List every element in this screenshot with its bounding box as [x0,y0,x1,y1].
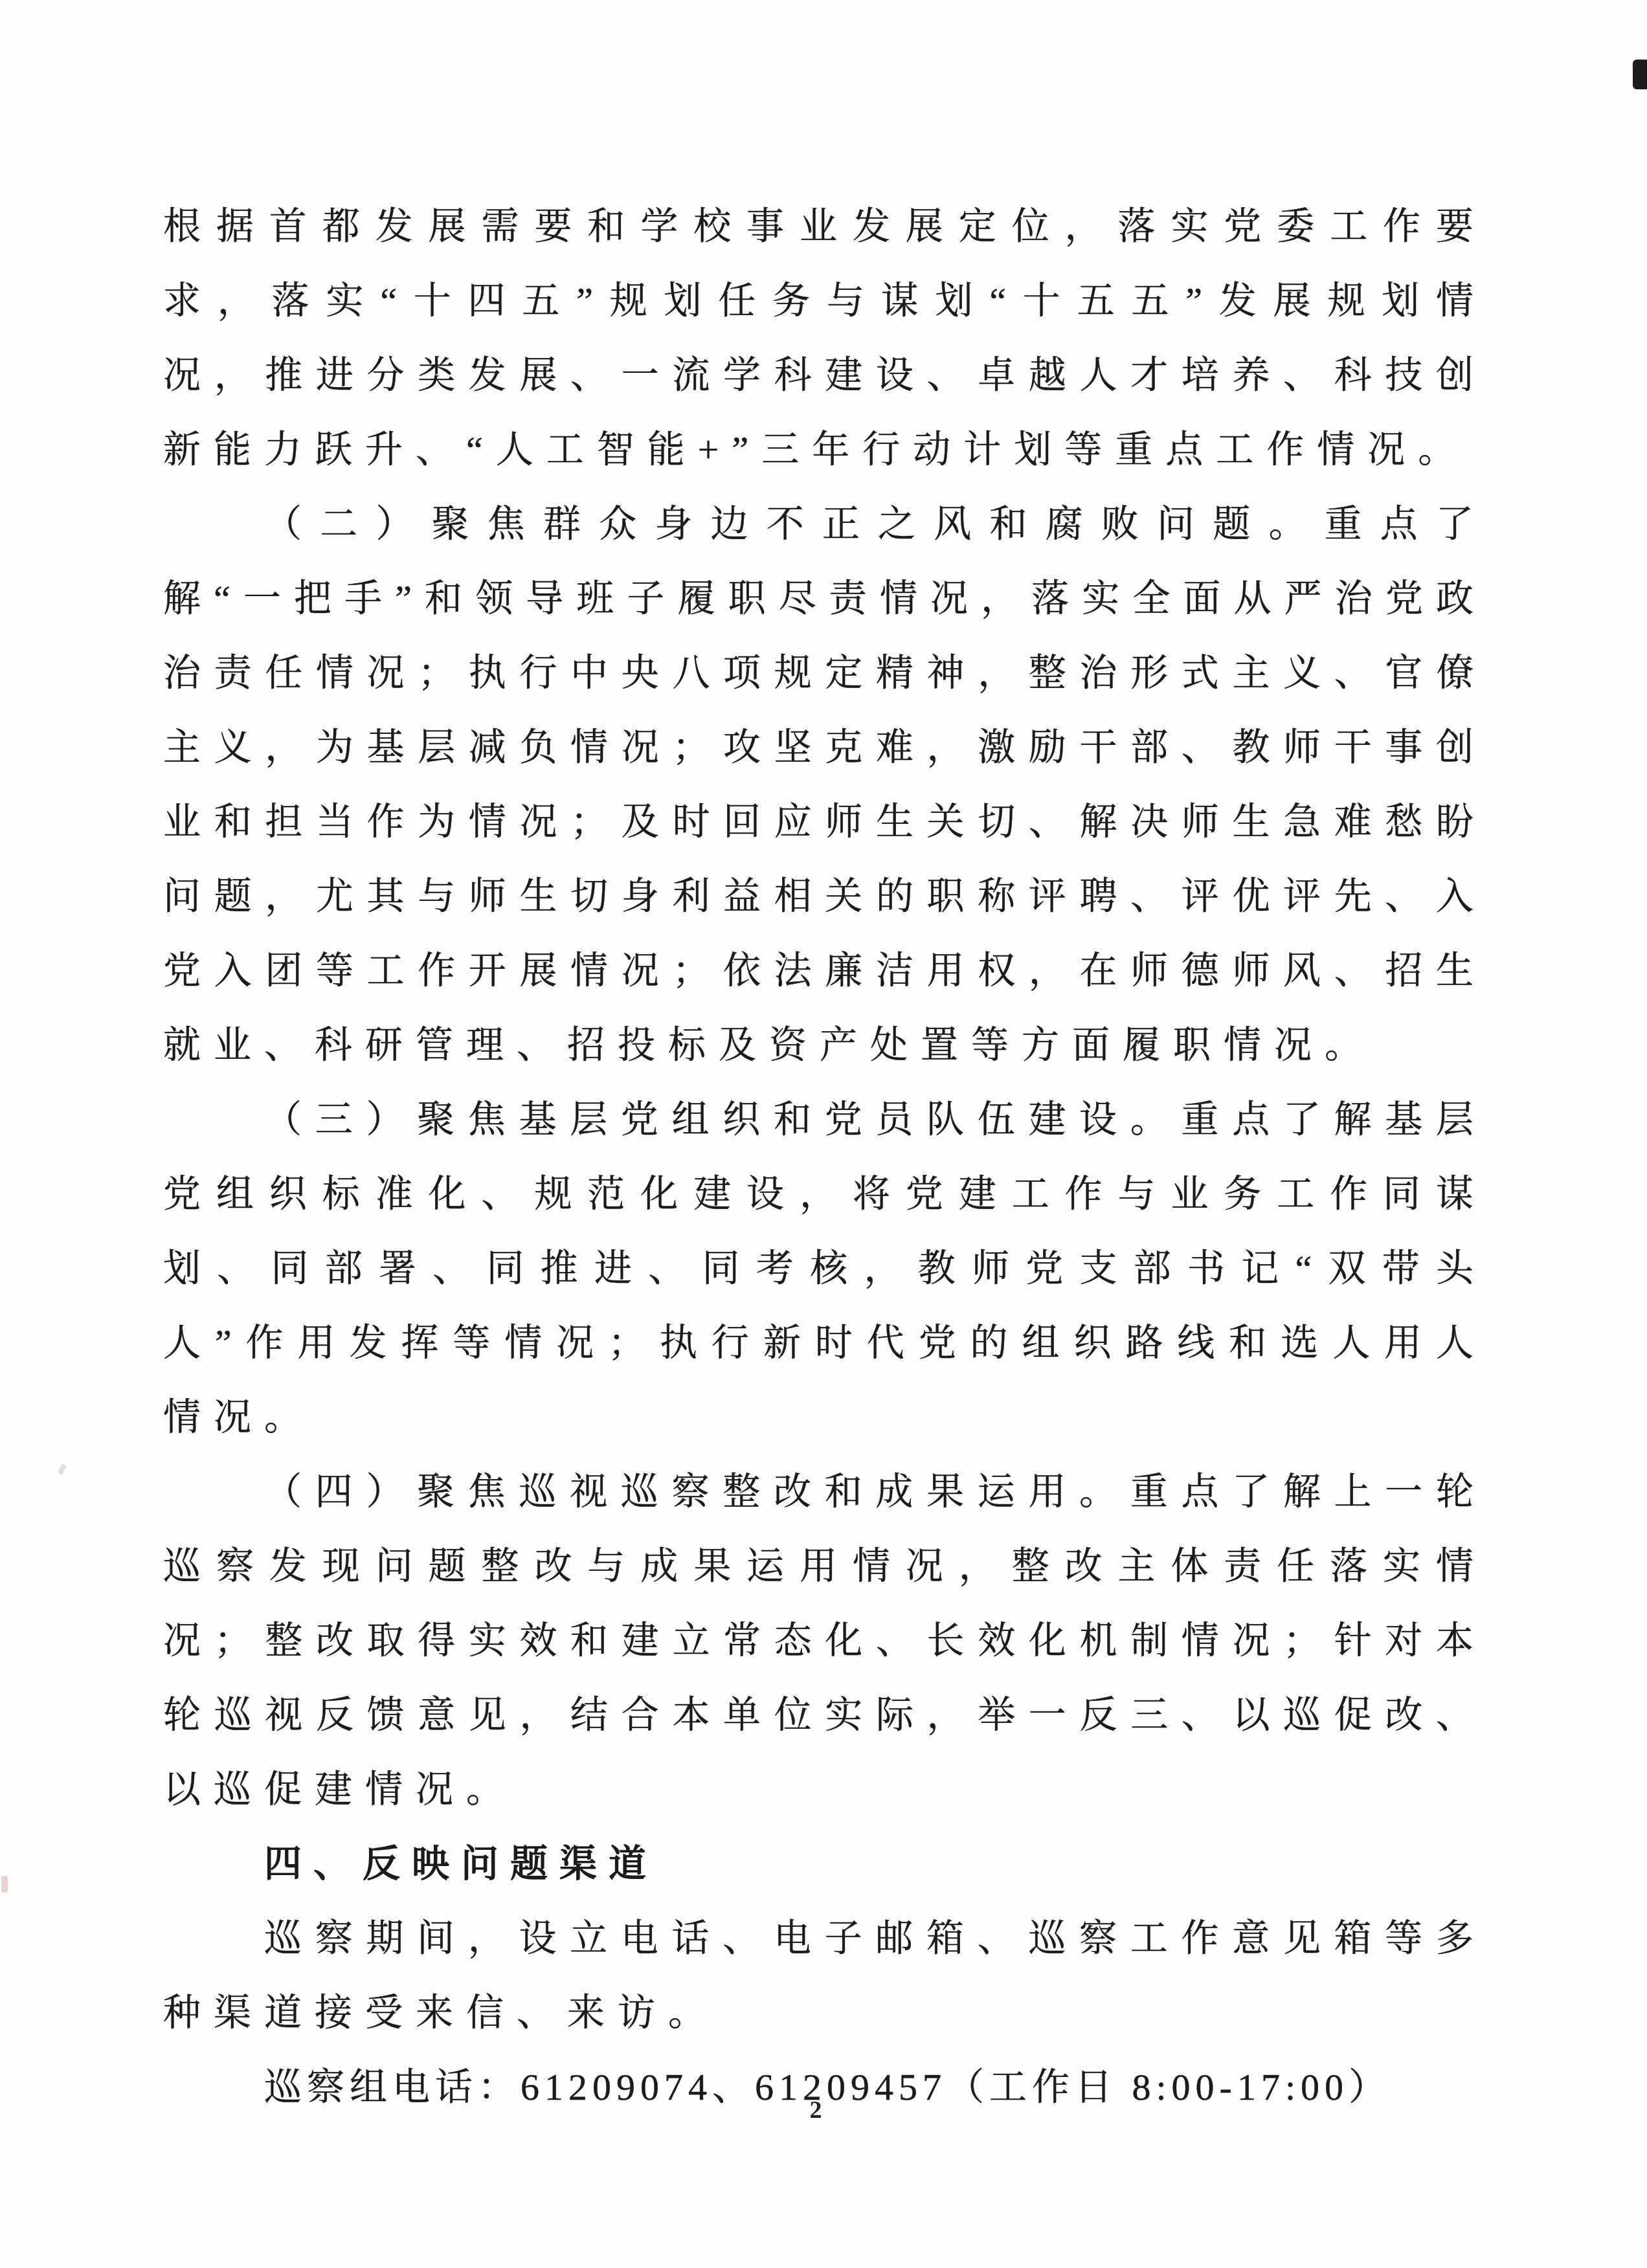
paragraph: （三）聚焦基层党组织和党员队伍建设。重点了解基层党组织标准化、规范化建设，将党建… [163,1082,1486,1454]
section-heading: 四、反映问题渠道 [163,1827,1486,1901]
scan-artifact-icon [1633,60,1647,89]
document-page: 根据首都发展需要和学校事业发展定位，落实党委工作要求，落实“十四五”规划任务与谋… [0,0,1647,2268]
paragraph: （四）聚焦巡视巡察整改和成果运用。重点了解上一轮巡察发现问题整改与成果运用情况，… [163,1454,1486,1827]
scan-smudge-icon [1,1876,8,1893]
paragraph: 巡察期间，设立电话、电子邮箱、巡察工作意见箱等多种渠道接受来信、来访。 [163,1901,1486,2050]
paragraph: 根据首都发展需要和学校事业发展定位，落实党委工作要求，落实“十四五”规划任务与谋… [163,189,1486,487]
page-number: 2 [0,2096,1631,2124]
paragraph: （二）聚焦群众身边不正之风和腐败问题。重点了解“一把手”和领导班子履职尽责情况，… [163,487,1486,1082]
text-block: 根据首都发展需要和学校事业发展定位，落实党委工作要求，落实“十四五”规划任务与谋… [163,189,1486,2124]
scan-speck-icon [58,1463,67,1475]
